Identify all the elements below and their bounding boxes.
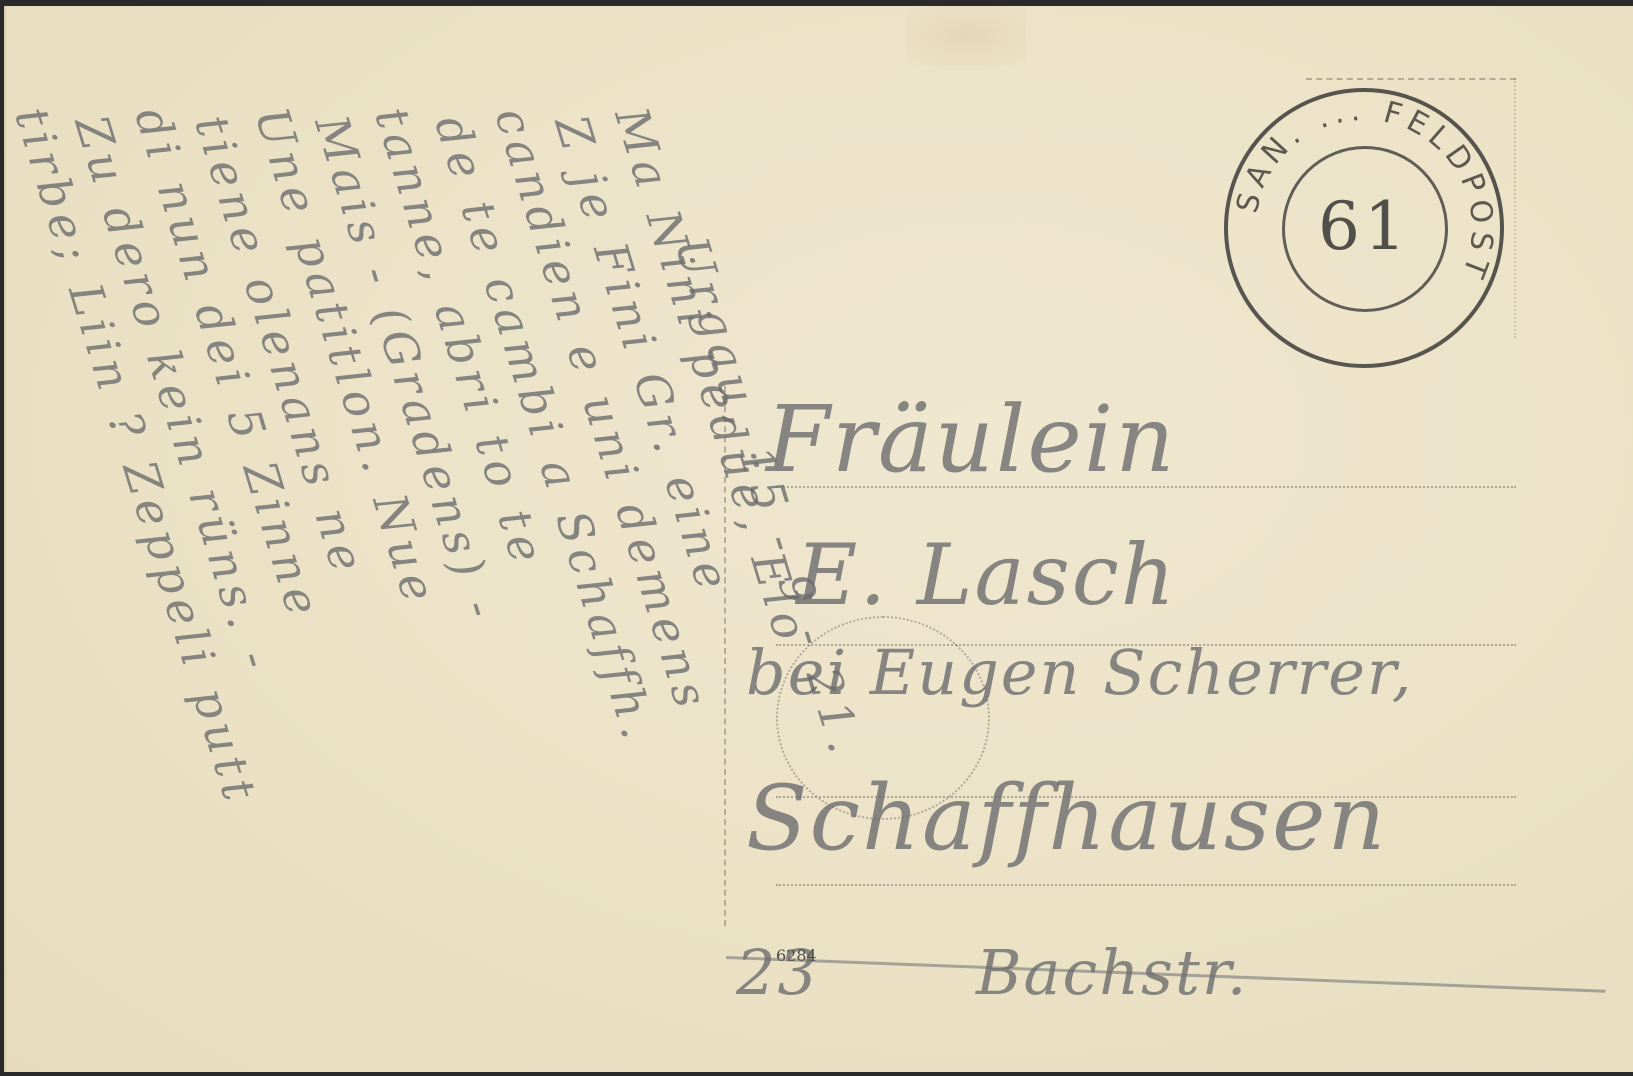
circular-postmark-icon: SAN. ... FELDPOST 61 [1224,88,1504,368]
stamp-box-border-right [1514,78,1516,338]
address-name: E. Lasch [796,526,1177,624]
address-recipient: Fräulein [766,386,1176,493]
address-line-4 [776,884,1516,886]
address-city: Schaffhausen [746,766,1387,871]
paper-stain [906,6,1026,66]
stamp-box-border [1306,78,1516,80]
postcard-back: SAN. ... FELDPOST 61 Fräulein E. Lasch b… [4,6,1633,1072]
postmark-number: 61 [1224,188,1504,265]
